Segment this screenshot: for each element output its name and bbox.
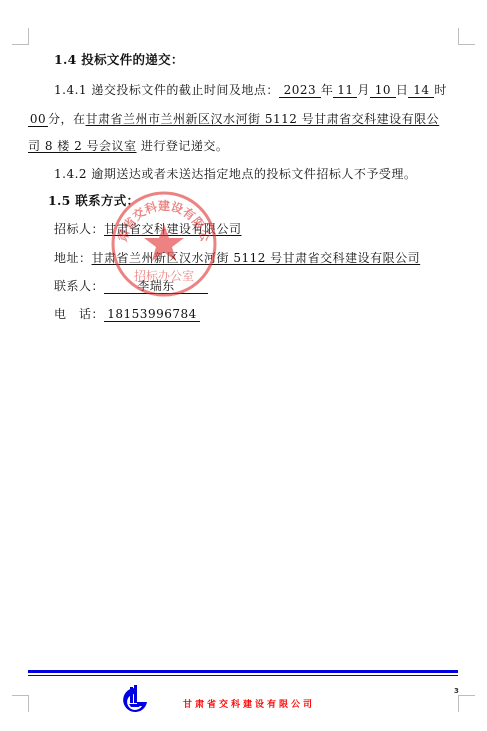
section-heading-1-5: 1.5 联系方式： xyxy=(48,193,139,209)
document-page: 1.4 投标文件的递交： 1.4.1 递交投标文件的截止时间及地点：2023年1… xyxy=(0,0,487,731)
footer-rule-thick xyxy=(28,670,458,673)
footer-company-name: 甘肃省交科建设有限公司 xyxy=(183,697,315,710)
deadline-hour: 14 xyxy=(408,83,434,98)
footer-rule-thin xyxy=(28,675,458,676)
minute-unit: 分，在 xyxy=(48,112,86,126)
deadline-minute: 00 xyxy=(28,112,48,127)
phone-value: 18153996784 xyxy=(104,307,200,322)
paragraph-1-4-2: 1.4.2 逾期送达或者未送达指定地点的投标文件招标人不予受理。 xyxy=(54,166,416,182)
crop-mark-bottom-right xyxy=(458,695,475,712)
section-heading-1-4: 1.4 投标文件的递交： xyxy=(54,52,184,68)
year-unit: 年 xyxy=(321,83,334,97)
paragraph-1-4-1-line1: 1.4.1 递交投标文件的截止时间及地点：2023年11月10日14时 xyxy=(54,82,447,98)
paragraph-1-4-1-line2: 00分，在甘肃省兰州市兰州新区汉水河街 5112 号甘肃省交科建设有限公 xyxy=(28,111,439,127)
tenderer-label: 招标人： xyxy=(54,222,104,236)
address-label: 地址： xyxy=(54,251,92,265)
paragraph-1-4-1-line3: 司 8 楼 2 号会议室 进行登记递交。 xyxy=(28,138,228,154)
phone-row: 电 话：18153996784 xyxy=(54,306,200,322)
contact-label: 联系人： xyxy=(54,279,104,293)
deadline-month: 11 xyxy=(333,83,357,98)
tenderer-row: 招标人：甘肃省交科建设有限公司 xyxy=(54,221,242,237)
contact-value: 李瑞东 xyxy=(104,279,208,294)
tenderer-value: 甘肃省交科建设有限公司 xyxy=(104,222,242,236)
hour-unit: 时 xyxy=(434,83,447,97)
deadline-suffix: 进行登记递交。 xyxy=(141,139,229,153)
crop-mark-bottom-left xyxy=(12,695,29,712)
day-unit: 日 xyxy=(396,83,409,97)
page-number: 3 xyxy=(454,687,459,695)
address-value: 甘肃省兰州新区汉水河街 5112 号甘肃省交科建设有限公司 xyxy=(92,251,421,265)
deadline-day: 10 xyxy=(370,83,396,98)
crop-mark-top-left xyxy=(12,28,29,45)
address-row: 地址：甘肃省兰州新区汉水河街 5112 号甘肃省交科建设有限公司 xyxy=(54,250,420,266)
company-logo-icon xyxy=(121,684,149,716)
crop-mark-top-right xyxy=(458,28,475,45)
deadline-location-line2: 司 8 楼 2 号会议室 xyxy=(28,139,137,153)
deadline-year: 2023 xyxy=(279,83,321,98)
contact-row: 联系人：李瑞东 xyxy=(54,278,208,294)
deadline-location-line1: 甘肃省兰州市兰州新区汉水河街 5112 号甘肃省交科建设有限公 xyxy=(86,112,440,126)
phone-label: 电 话： xyxy=(54,307,104,321)
deadline-prefix: 1.4.1 递交投标文件的截止时间及地点： xyxy=(54,83,279,97)
month-unit: 月 xyxy=(357,83,370,97)
